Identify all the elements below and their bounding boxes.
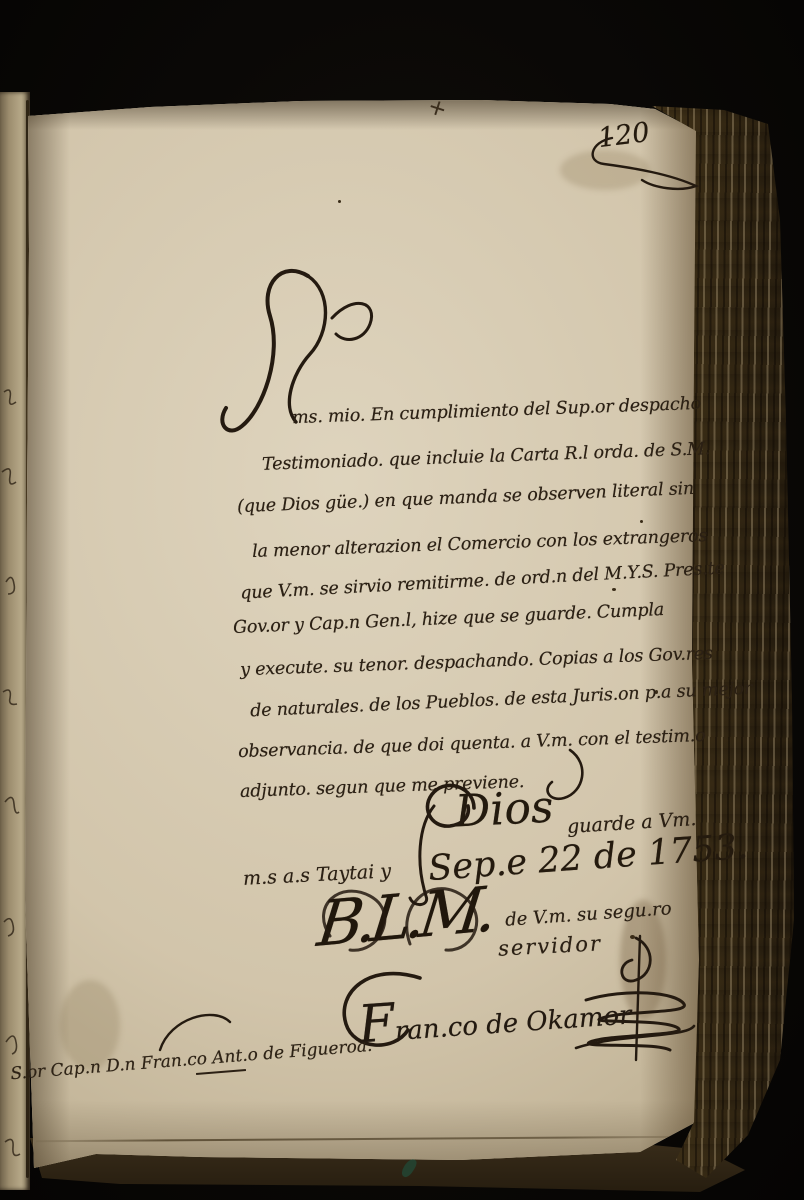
ink-speck (640, 520, 643, 523)
folio-swash (584, 128, 714, 200)
ink-speck (612, 588, 616, 591)
addressee-paraph (150, 1000, 240, 1060)
ink-speck (338, 200, 341, 203)
signature-rubric-flourish (566, 930, 706, 1070)
manuscript-photo: + 120 ms. mio. En cumplimiento del Sup.o… (0, 0, 804, 1200)
